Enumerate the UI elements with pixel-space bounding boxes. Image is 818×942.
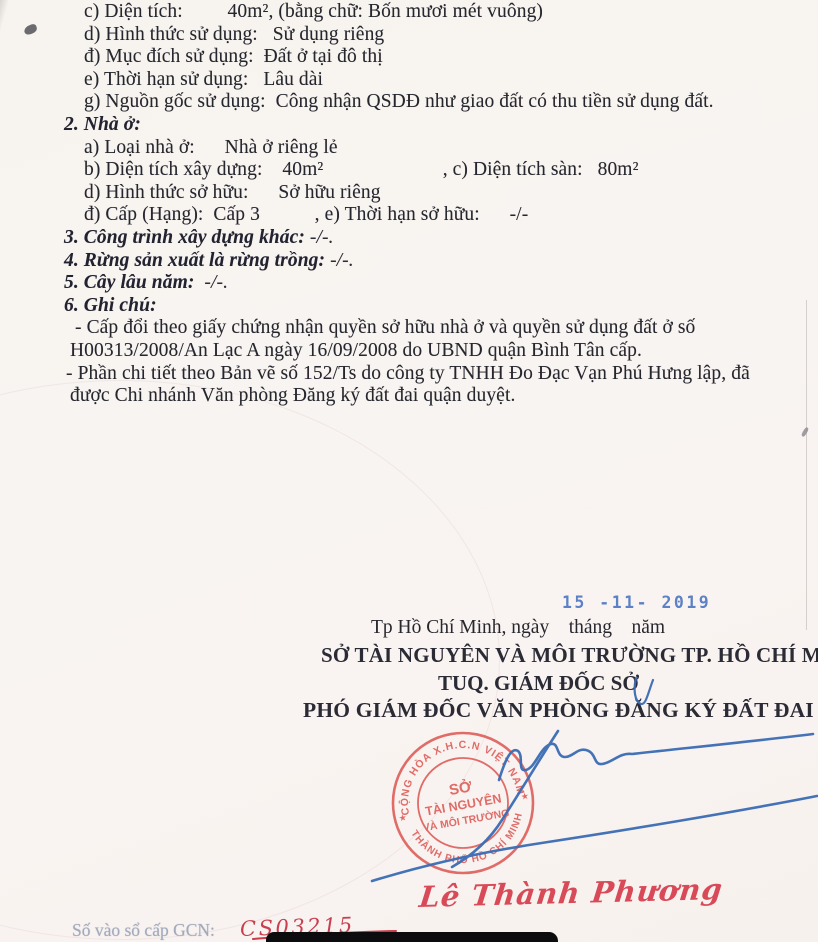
field-own-form: d) Hình thức sở hữu: Sở hữu riêng [84, 182, 812, 205]
section-value: -/-. [325, 250, 354, 271]
register-label: Số vào sổ cấp GCN: [72, 920, 215, 941]
seal-star-right-icon: ★ [520, 791, 530, 802]
field-build-area: b) Diện tích xây dựng: 40m² , c) Diện tí… [84, 159, 812, 182]
section-value: -/-. [305, 227, 334, 248]
field-area: c) Diện tích: 40m², (bằng chữ: Bốn mươi … [84, 1, 812, 24]
section-value: -/-. [194, 272, 228, 293]
section-production-forest: 4. Rừng sản xuất là rừng trồng: -/-. [64, 250, 812, 273]
field-house-type: a) Loại nhà ở: Nhà ở riêng lẻ [84, 137, 812, 160]
remark-line: được Chi nhánh Văn phòng Đăng ký đất đai… [70, 385, 812, 408]
official-seal: CỘNG HÒA X.H.C.N VIỆT NAM THÀNH PHỐ HỒ C… [363, 703, 563, 903]
department-line: SỞ TÀI NGUYÊN VÀ MÔI TRƯỜNG TP. HỒ CHÍ M… [321, 643, 818, 668]
authority-line: TUQ. GIÁM ĐỐC SỞ [438, 671, 639, 696]
remark-line: H00313/2008/An Lạc A ngày 16/09/2008 do … [70, 340, 812, 363]
section-other-constructions: 3. Công trình xây dựng khác: -/-. [64, 227, 812, 250]
section-house-heading: 2. Nhà ở: [64, 114, 812, 137]
field-use-purpose: đ) Mục đích sử dụng: Đất ở tại đô thị [84, 46, 812, 69]
date-received-stamp: 15 -11- 2019 [562, 593, 711, 612]
field-house-grade: đ) Cấp (Hạng): Cấp 3 , e) Thời hạn sở hữ… [84, 204, 812, 227]
redaction-bar [266, 932, 558, 942]
section-heading: 4. Rừng sản xuất là rừng trồng: [64, 250, 325, 271]
signer-name-stamp: Lê Thành Phương [418, 872, 725, 914]
remark-line: - Phần chi tiết theo Bản vẽ số 152/Ts do… [66, 363, 812, 386]
section-remarks-heading: 6. Ghi chú: [64, 295, 812, 318]
certificate-body: c) Diện tích: 40m², (bằng chữ: Bốn mươi … [0, 1, 812, 408]
pen-mark [801, 427, 809, 438]
field-use-origin: g) Nguồn gốc sử dụng: Công nhận QSDĐ như… [84, 91, 812, 114]
place-date-line: Tp Hồ Chí Minh, ngày tháng năm [371, 617, 665, 639]
certificate-scan-page: c) Diện tích: 40m², (bằng chữ: Bốn mươi … [0, 0, 818, 942]
remark-line: - Cấp đổi theo giấy chứng nhận quyền sở … [75, 317, 812, 340]
section-heading: 6. Ghi chú: [64, 295, 157, 316]
section-perennial-trees: 5. Cây lâu năm: -/-. [64, 272, 812, 295]
field-use-form: d) Hình thức sử dụng: Sử dụng riêng [84, 24, 812, 47]
section-heading: 3. Công trình xây dựng khác: [64, 227, 305, 248]
field-use-term: e) Thời hạn sử dụng: Lâu dài [84, 69, 812, 92]
section-heading: 5. Cây lâu năm: [64, 272, 194, 293]
seal-star-left-icon: ★ [398, 812, 408, 823]
